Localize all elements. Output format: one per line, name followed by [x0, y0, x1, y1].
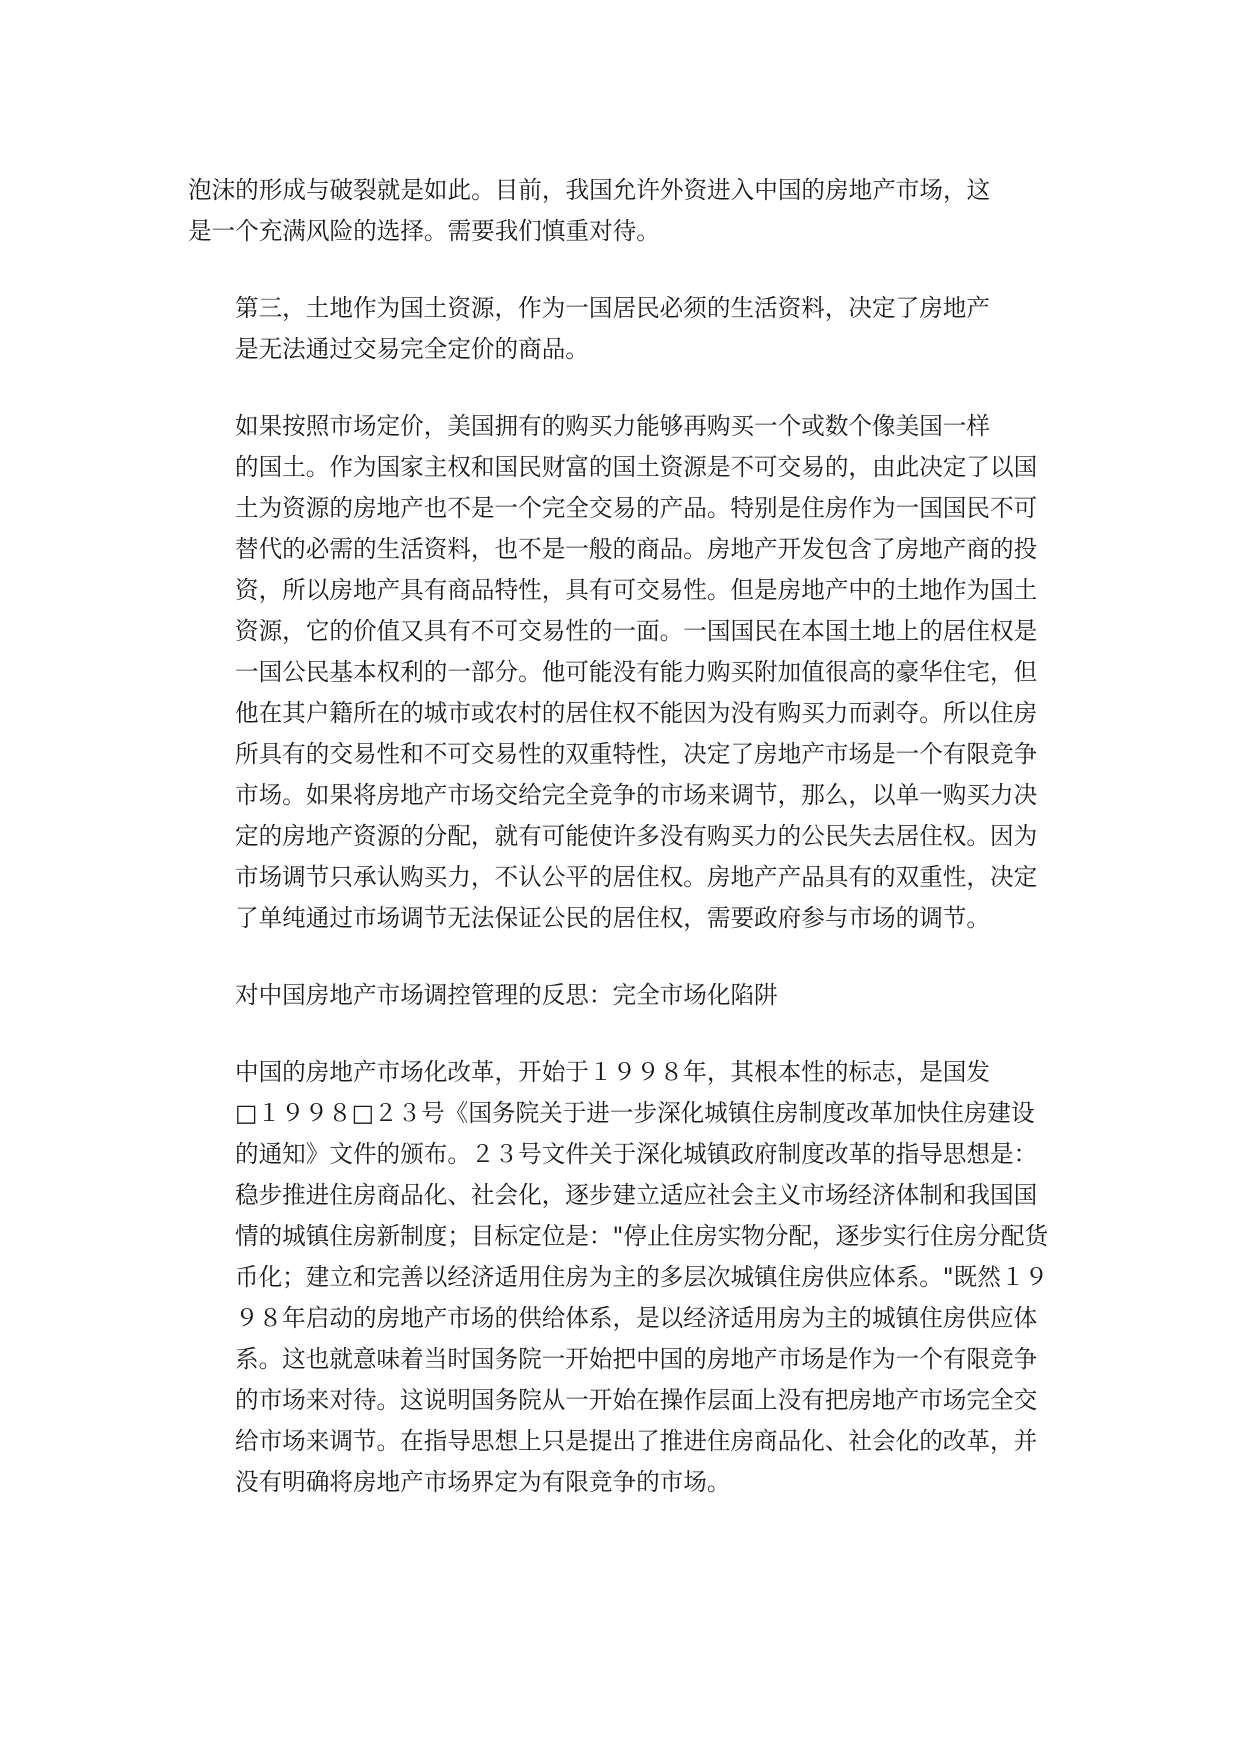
text-line: 替代的必需的生活资料，也不是一般的商品。房地产开发包含了房地产商的投 [188, 529, 1048, 570]
text-line: 如果按照市场定价，美国拥有的购买力能够再购买一个或数个像美国一样 [188, 406, 1048, 447]
text-line: 第三，土地作为国土资源，作为一国居民必须的生活资料，决定了房地产 [188, 288, 1048, 329]
text-line: 给市场来调节。在指导思想上只是提出了推进住房商品化、社会化的改革，并 [188, 1421, 1048, 1462]
text-line: 资源，它的价值又具有不可交易性的一面。一国国民在本国土地上的居住权是 [188, 611, 1048, 652]
text-line: 资，所以房地产具有商品特性，具有可交易性。但是房地产中的土地作为国土 [188, 570, 1048, 611]
text-line: □１９９８□２３号《国务院关于进一步深化城镇住房制度改革加快住房建设 [188, 1093, 1048, 1134]
text-line: 泡沫的形成与破裂就是如此。目前，我国允许外资进入中国的房地产市场，这 [188, 170, 1048, 211]
text-line: 系。这也就意味着当时国务院一开始把中国的房地产市场是作为一个有限竞争 [188, 1339, 1048, 1380]
document-page: 泡沫的形成与破裂就是如此。目前，我国允许外资进入中国的房地产市场，这 是一个充满… [188, 170, 1048, 1539]
text-line: 情的城镇住房新制度；目标定位是："停止住房实物分配，逐步实行住房分配货 [188, 1216, 1048, 1257]
text-line: 的通知》文件的颁布。２３号文件关于深化城镇政府制度改革的指导思想是： [188, 1134, 1048, 1175]
paragraph-bubble-risk: 泡沫的形成与破裂就是如此。目前，我国允许外资进入中国的房地产市场，这 是一个充满… [188, 170, 1048, 252]
paragraph-market-pricing: 如果按照市场定价，美国拥有的购买力能够再购买一个或数个像美国一样 的国土。作为国… [188, 406, 1048, 939]
section-heading: 对中国房地产市场调控管理的反思：完全市场化陷阱 [188, 975, 1048, 1016]
text-line: 了单纯通过市场调节无法保证公民的居住权，需要政府参与市场的调节。 [188, 898, 1048, 939]
text-line: 稳步推进住房商品化、社会化，逐步建立适应社会主义市场经济体制和我国国 [188, 1175, 1048, 1216]
text-line: 所具有的交易性和不可交易性的双重特性，决定了房地产市场是一个有限竞争 [188, 734, 1048, 775]
text-line: ９８年启动的房地产市场的供给体系，是以经济适用房为主的城镇住房供应体 [188, 1298, 1048, 1339]
paragraph-reform-1998: 中国的房地产市场化改革，开始于１９９８年，其根本性的标志，是国发 □１９９８□２… [188, 1052, 1048, 1503]
text-line: 他在其户籍所在的城市或农村的居住权不能因为没有购买力而剥夺。所以住房 [188, 693, 1048, 734]
paragraph-third-point: 第三，土地作为国土资源，作为一国居民必须的生活资料，决定了房地产 是无法通过交易… [188, 288, 1048, 370]
text-line: 币化；建立和完善以经济适用住房为主的多层次城镇住房供应体系。"既然１９ [188, 1257, 1048, 1298]
text-line: 的市场来对待。这说明国务院从一开始在操作层面上没有把房地产市场完全交 [188, 1380, 1048, 1421]
text-line: 中国的房地产市场化改革，开始于１９９８年，其根本性的标志，是国发 [188, 1052, 1048, 1093]
text-line: 是无法通过交易完全定价的商品。 [188, 329, 1048, 370]
text-line: 定的房地产资源的分配，就有可能使许多没有购买力的公民失去居住权。因为 [188, 816, 1048, 857]
text-line: 是一个充满风险的选择。需要我们慎重对待。 [188, 211, 1048, 252]
text-line: 市场调节只承认购买力，不认公平的居住权。房地产产品具有的双重性，决定 [188, 857, 1048, 898]
text-line: 的国土。作为国家主权和国民财富的国土资源是不可交易的，由此决定了以国 [188, 447, 1048, 488]
heading-text: 对中国房地产市场调控管理的反思：完全市场化陷阱 [188, 975, 1048, 1016]
text-line: 一国公民基本权利的一部分。他可能没有能力购买附加值很高的豪华住宅，但 [188, 652, 1048, 693]
text-line: 没有明确将房地产市场界定为有限竞争的市场。 [188, 1462, 1048, 1503]
text-line: 市场。如果将房地产市场交给完全竞争的市场来调节，那么，以单一购买力决 [188, 775, 1048, 816]
text-line: 土为资源的房地产也不是一个完全交易的产品。特别是住房作为一国国民不可 [188, 488, 1048, 529]
